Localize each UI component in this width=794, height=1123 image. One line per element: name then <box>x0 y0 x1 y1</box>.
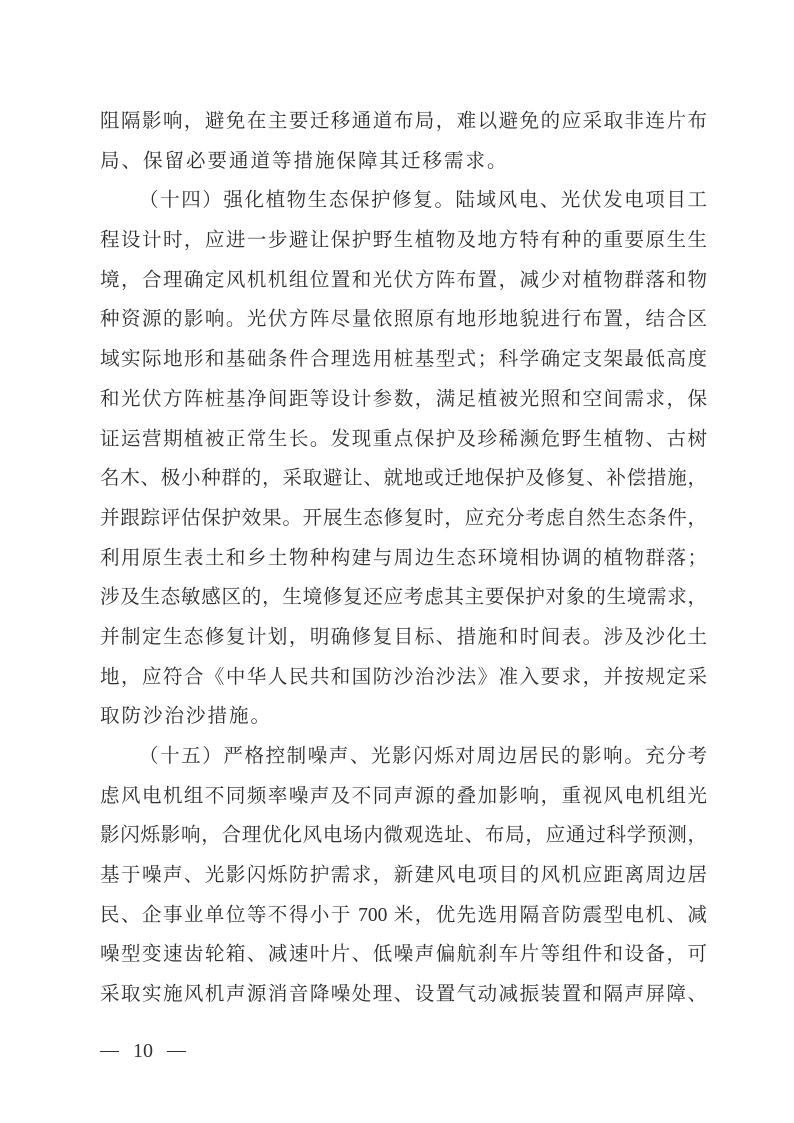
text-line: 取防沙治沙措施。 <box>100 697 707 737</box>
text-line: 种资源的影响。光伏方阵尽量依照原有地形地貌进行布置，结合区 <box>100 300 707 340</box>
text-line: 影闪烁影响，合理优化风电场内微观选址、布局，应通过科学预测， <box>100 816 707 856</box>
text-line: 并制定生态修复计划，明确修复目标、措施和时间表。涉及沙化土 <box>100 618 707 658</box>
text-line: 地，应符合《中华人民共和国防沙治沙法》准入要求，并按规定采 <box>100 658 707 698</box>
text-line: 基于噪声、光影闪烁防护需求，新建风电项目的风机应距离周边居 <box>100 856 707 896</box>
text-line: 采取实施风机声源消音降噪处理、设置气动减振装置和隔声屏障、 <box>100 975 707 1015</box>
text-line: 程设计时，应进一步避让保护野生植物及地方特有种的重要原生生 <box>100 221 707 261</box>
text-line: 名木、极小种群的，采取避让、就地或迁地保护及修复、补偿措施， <box>100 459 707 499</box>
text-line: 虑风电机组不同频率噪声及不同声源的叠加影响，重视风电机组光 <box>100 777 707 817</box>
text-line: 和光伏方阵桩基净间距等设计参数，满足植被光照和空间需求，保 <box>100 380 707 420</box>
text-line: 并跟踪评估保护效果。开展生态修复时，应充分考虑自然生态条件， <box>100 499 707 539</box>
text-line: 境，合理确定风机机组位置和光伏方阵布置，减少对植物群落和物 <box>100 261 707 301</box>
document-text-block: 阻隔影响，避免在主要迁移通道布局，难以避免的应采取非连片布局、保留必要通道等措施… <box>100 102 707 1015</box>
text-line: 局、保留必要通道等措施保障其迁移需求。 <box>100 142 707 182</box>
text-line: 噪型变速齿轮箱、减速叶片、低噪声偏航刹车片等组件和设备，可 <box>100 935 707 975</box>
document-page: 阻隔影响，避免在主要迁移通道布局，难以避免的应采取非连片布局、保留必要通道等措施… <box>0 0 794 1123</box>
page-number: 10 <box>133 1040 153 1062</box>
text-line: 涉及生态敏感区的，生境修复还应考虑其主要保护对象的生境需求， <box>100 578 707 618</box>
text-line: （十五）严格控制噪声、光影闪烁对周边居民的影响。充分考 <box>100 737 707 777</box>
text-line: 阻隔影响，避免在主要迁移通道布局，难以避免的应采取非连片布 <box>100 102 707 142</box>
text-line: 域实际地形和基础条件合理选用桩基型式；科学确定支架最低高度 <box>100 340 707 380</box>
text-line: 民、企事业单位等不得小于 700 米，优先选用隔音防震型电机、减 <box>100 896 707 936</box>
text-line: 证运营期植被正常生长。发现重点保护及珍稀濒危野生植物、古树 <box>100 420 707 460</box>
footer-right-dash: — <box>167 1040 186 1062</box>
page-footer: — 10 — <box>100 1040 186 1062</box>
text-line: （十四）强化植物生态保护修复。陆域风电、光伏发电项目工 <box>100 181 707 221</box>
text-line: 利用原生表土和乡土物种构建与周边生态环境相协调的植物群落； <box>100 539 707 579</box>
footer-left-dash: — <box>100 1040 119 1062</box>
